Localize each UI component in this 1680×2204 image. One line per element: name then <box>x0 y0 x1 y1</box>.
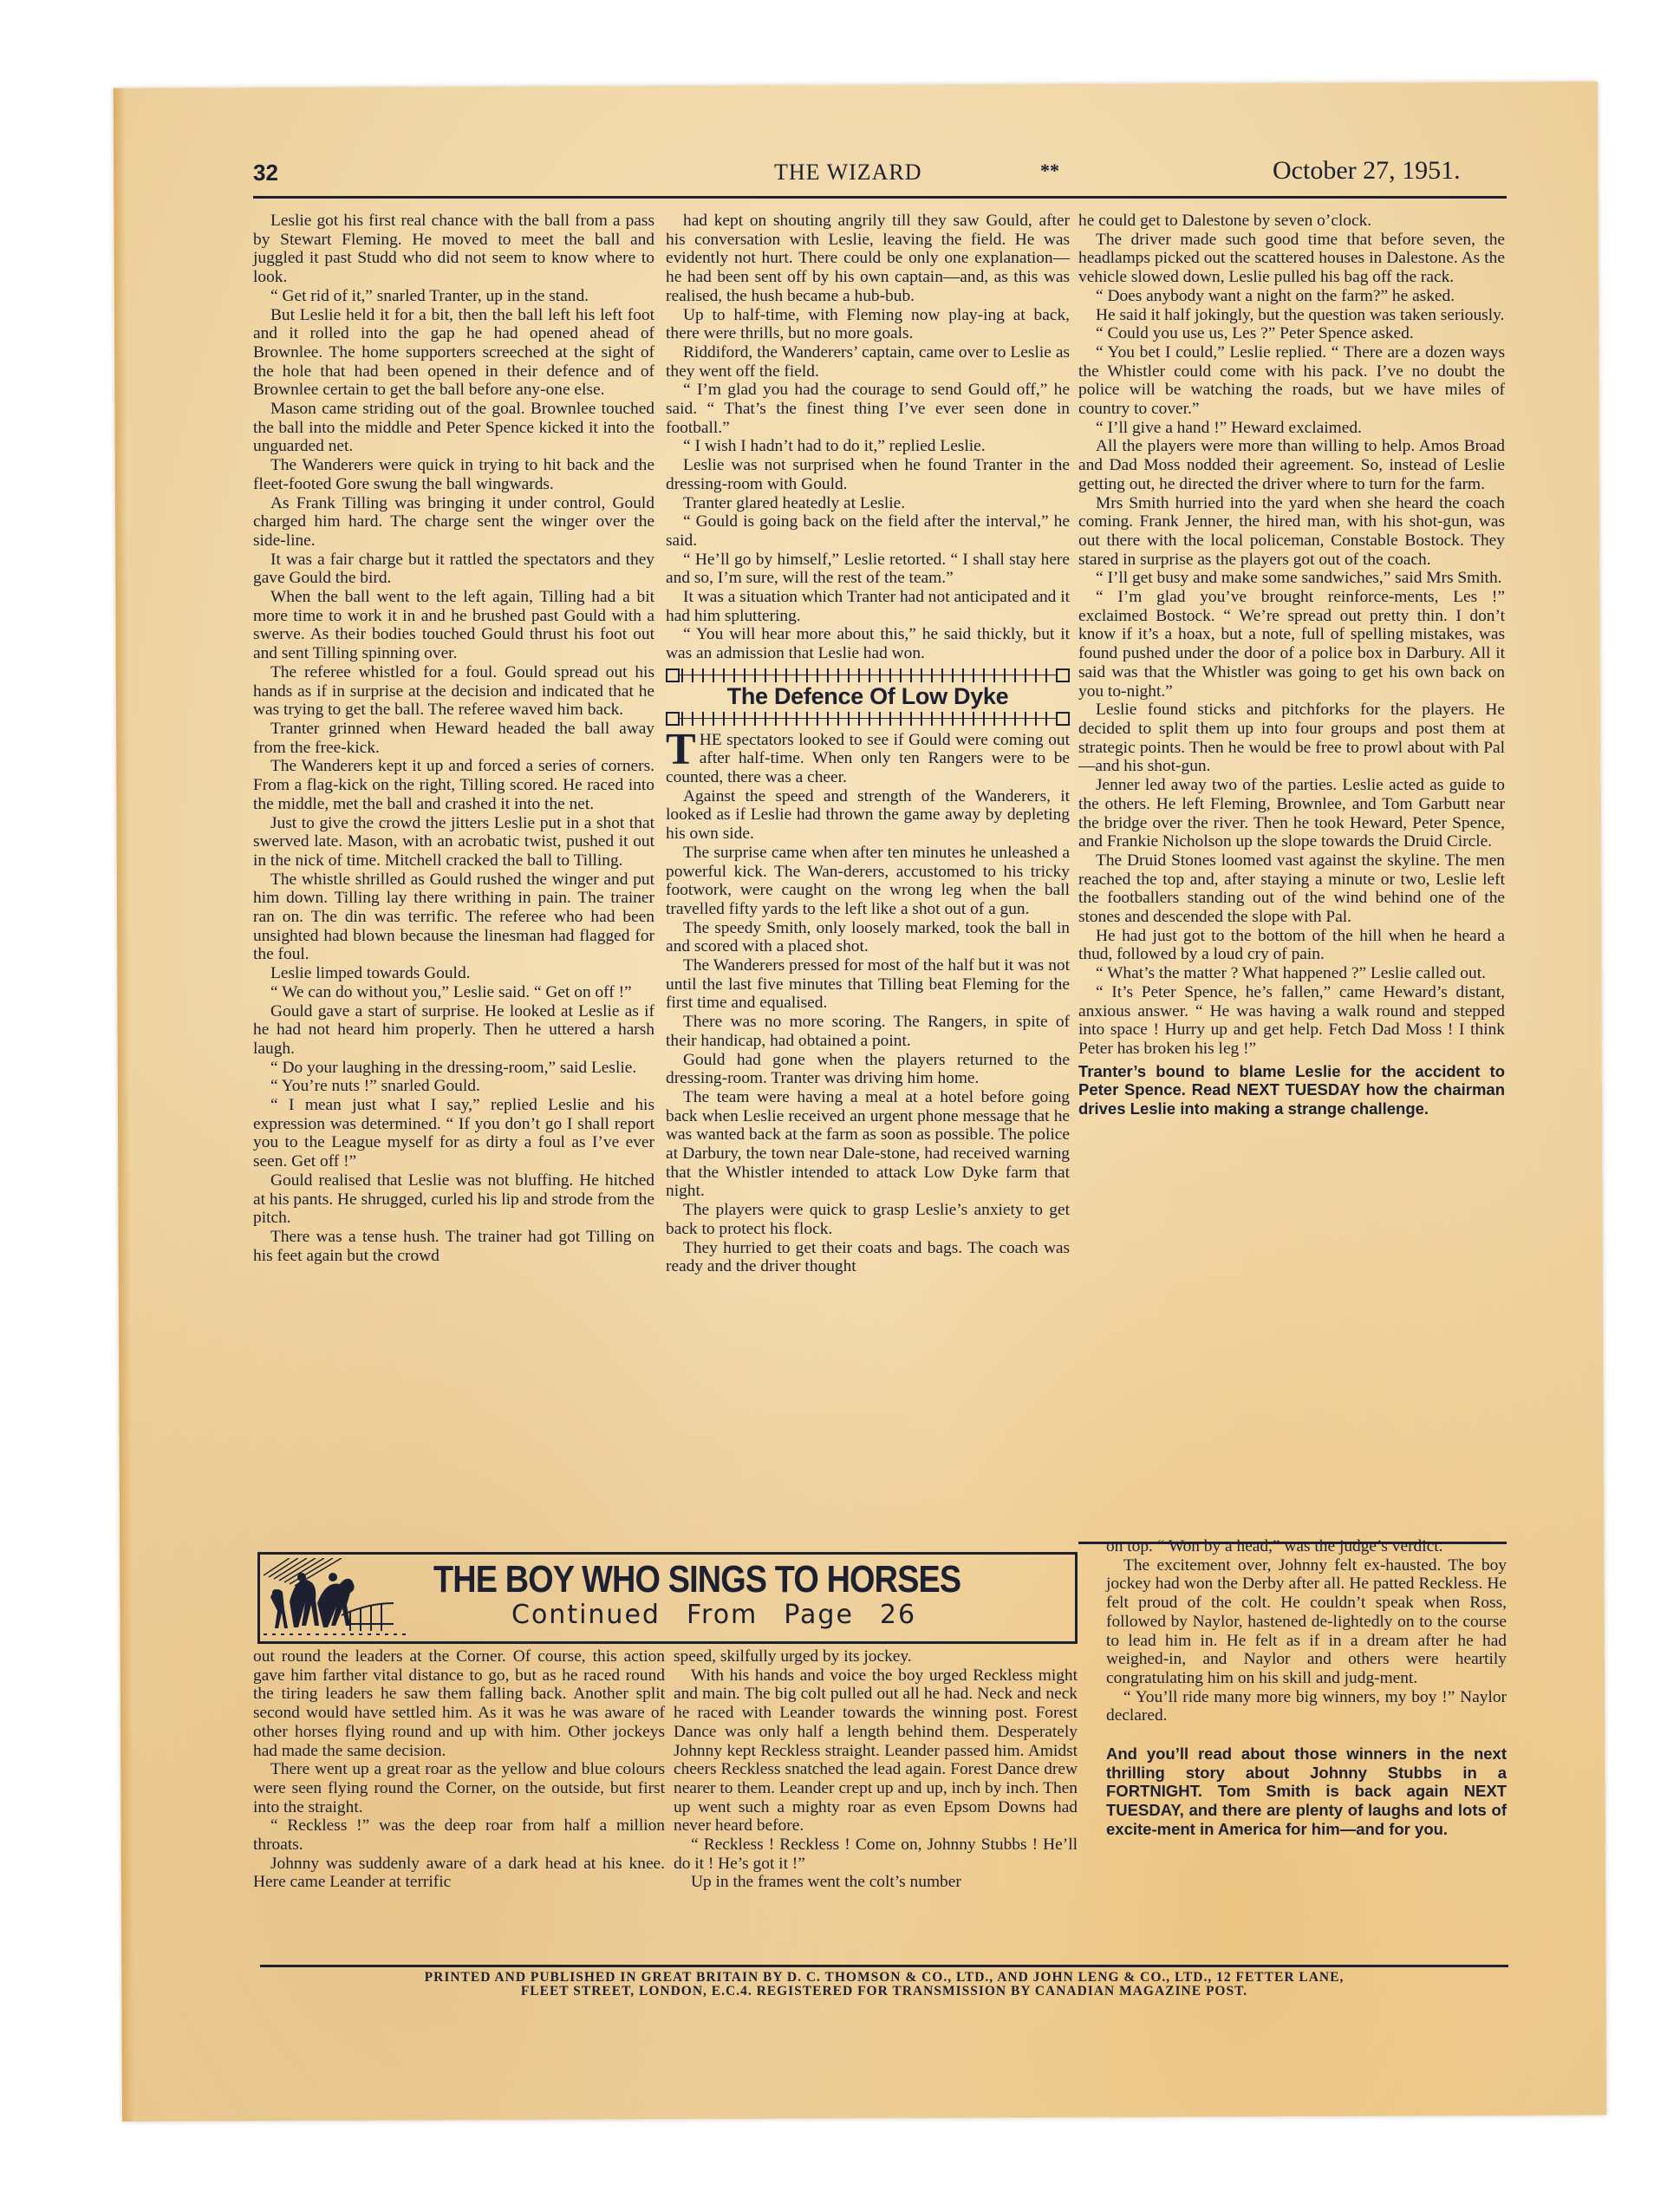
star-ornament-icon: ** <box>1040 160 1059 182</box>
paragraph: But Leslie held it for a bit, then the b… <box>253 306 654 401</box>
imprint-line-2: FLEET STREET, LONDON, E.C.4. REGISTERED … <box>260 1985 1508 1999</box>
paragraph: Mason came striding out of the goal. Bro… <box>253 400 654 456</box>
paragraph: “ Does anybody want a night on the farm?… <box>1078 287 1505 306</box>
paragraph: The players were quick to grasp Leslie’s… <box>666 1201 1070 1238</box>
column3-paragraphs: The driver made such good time that befo… <box>1078 231 1505 1059</box>
paragraph: on top. “ Won by a head,” was the judge’… <box>1106 1537 1507 1556</box>
paragraph: He said it half jokingly, but the questi… <box>1078 306 1505 325</box>
column2-before-title: had kept on shouting angrily till they s… <box>666 212 1070 663</box>
imprint-line-1: PRINTED AND PUBLISHED IN GREAT BRITAIN B… <box>260 1971 1508 1985</box>
paragraph: “ Reckless !” was the deep roar from hal… <box>253 1816 665 1854</box>
paragraph: It was a situation which Tranter had not… <box>666 588 1070 625</box>
issue-date: October 27, 1951. <box>1273 156 1461 186</box>
paragraph: Gould had gone when the players returned… <box>666 1051 1070 1088</box>
story1-column-3: he could get to Dalestone by seven o’clo… <box>1078 212 1505 1118</box>
paragraph: Leslie was not surprised when he found T… <box>666 456 1070 493</box>
paragraph: With his hands and voice the boy urged R… <box>674 1666 1078 1836</box>
paragraph: There was a tense hush. The trainer had … <box>253 1228 654 1265</box>
header-rule <box>253 196 1507 199</box>
paragraph: Just to give the crowd the jitters Lesli… <box>253 814 654 871</box>
paragraph: “ Do your laughing in the dressing-room,… <box>253 1059 654 1078</box>
paragraph: Up to half-time, with Fleming now play-i… <box>666 306 1070 343</box>
paragraph: “ You’re nuts !” snarled Gould. <box>253 1077 654 1096</box>
story1-next-week-teaser: Tranter’s bound to blame Leslie for the … <box>1078 1062 1505 1118</box>
paragraph: “ You bet I could,” Leslie replied. “ Th… <box>1078 343 1505 419</box>
paragraph: The driver made such good time that befo… <box>1078 231 1505 287</box>
footer-rule <box>260 1965 1508 1967</box>
paragraph: “ I wish I hadn’t had to do it,” replied… <box>666 437 1070 456</box>
story2-next-story-teaser: And you’ll read about those winners in t… <box>1106 1744 1507 1839</box>
paragraph: “ We can do without you,” Leslie said. “… <box>253 983 654 1002</box>
paragraph: Jenner led away two of the parties. Lesl… <box>1078 776 1505 851</box>
paragraph: Up in the frames went the colt’s number <box>674 1873 1078 1892</box>
paragraph: “ I’m glad you’ve brought reinforce-ment… <box>1078 588 1505 701</box>
paragraph: “ I’m glad you had the courage to send G… <box>666 381 1070 437</box>
paragraph: “ Reckless ! Reckless ! Come on, Johnny … <box>674 1836 1078 1873</box>
paragraph: The whistle shrilled as Gould rushed the… <box>253 871 654 965</box>
paragraph: out round the leaders at the Corner. Of … <box>253 1647 665 1760</box>
racehorses-icon <box>264 1558 428 1638</box>
paragraph: The speedy Smith, only loosely marked, t… <box>666 919 1070 956</box>
paragraph: Tranter glared heatedly at Leslie. <box>666 494 1070 513</box>
imprint-footer: PRINTED AND PUBLISHED IN GREAT BRITAIN B… <box>260 1971 1508 1999</box>
continued-story-banner: THE BOY WHO SINGS TO HORSES ContinuedFro… <box>257 1552 1078 1644</box>
paragraph: He had just got to the bottom of the hil… <box>1078 927 1505 964</box>
banner-subtitle: ContinuedFromPage26 <box>511 1600 942 1630</box>
story1-column-2: had kept on shouting angrily till they s… <box>666 212 1070 1276</box>
story-title: The Defence Of Low Dyke <box>666 688 1070 707</box>
paragraph: “ Gould is going back on the field after… <box>666 512 1070 550</box>
paragraph: The surprise came when after ten minutes… <box>666 844 1070 919</box>
paragraph: speed, skilfully urged by its jockey. <box>674 1647 1078 1666</box>
story1-column-1: Leslie got his first real chance with th… <box>253 212 654 1265</box>
paragraph: When the ball went to the left again, Ti… <box>253 588 654 663</box>
paragraph: There went up a great roar as the yellow… <box>253 1760 665 1816</box>
story2-column-2: speed, skilfully urged by its jockey.Wit… <box>674 1647 1078 1892</box>
paragraph: “ I’ll give a hand !” Heward exclaimed. <box>1078 419 1505 438</box>
paragraph: The Druid Stones loomed vast against the… <box>1078 851 1505 927</box>
column3-continuation: he could get to Dalestone by seven o’clo… <box>1078 212 1505 231</box>
paragraph: They hurried to get their coats and bags… <box>666 1239 1070 1276</box>
story2-column3-paragraphs: on top. “ Won by a head,” was the judge’… <box>1106 1537 1507 1725</box>
paragraph: Mrs Smith hurried into the yard when she… <box>1078 494 1505 570</box>
paragraph: The referee whistled for a foul. Gould s… <box>253 663 654 720</box>
paragraph: Riddiford, the Wanderers’ captain, came … <box>666 343 1070 381</box>
paragraph: As Frank Tilling was bringing it under c… <box>253 494 654 551</box>
page-number: 32 <box>253 160 278 186</box>
paragraph: “ I mean just what I say,” replied Lesli… <box>253 1096 654 1171</box>
paragraph: “ Get rid of it,” snarled Tranter, up in… <box>253 287 654 306</box>
paragraph: Leslie limped towards Gould. <box>253 964 654 983</box>
title-ornament-top-icon <box>666 668 1070 682</box>
paragraph: The team were having a meal at a hotel b… <box>666 1088 1070 1201</box>
paragraph: Against the speed and strength of the Wa… <box>666 787 1070 844</box>
banner-title: THE BOY WHO SINGS TO HORSES <box>433 1558 960 1601</box>
paragraph: Leslie found sticks and pitchforks for t… <box>1078 701 1505 776</box>
paragraph: Leslie got his first real chance with th… <box>253 212 654 287</box>
paragraph: The Wanderers were quick in trying to hi… <box>253 456 654 493</box>
paragraph: There was no more scoring. The Rangers, … <box>666 1013 1070 1050</box>
column2-after-title: Against the speed and strength of the Wa… <box>666 787 1070 1276</box>
paragraph: All the players were more than willing t… <box>1078 437 1505 493</box>
story2-column-3: on top. “ Won by a head,” was the judge’… <box>1106 1537 1507 1839</box>
opening-paragraph: THE spectators looked to see if Gould we… <box>666 731 1070 787</box>
story2-column-1: out round the leaders at the Corner. Of … <box>253 1647 665 1892</box>
paragraph: Johnny was suddenly aware of a dark head… <box>253 1855 665 1892</box>
paragraph: “ It’s Peter Spence, he’s fallen,” came … <box>1078 983 1505 1059</box>
paragraph: The Wanderers kept it up and forced a se… <box>253 757 654 813</box>
paragraph: “ Could you use us, Les ?” Peter Spence … <box>1078 324 1505 343</box>
paragraph: Gould gave a start of surprise. He looke… <box>253 1002 654 1059</box>
paragraph: The Wanderers pressed for most of the ha… <box>666 956 1070 1013</box>
paragraph: Tranter grinned when Heward headed the b… <box>253 720 654 757</box>
paragraph: “ He’ll go by himself,” Leslie retorted.… <box>666 551 1070 588</box>
title-ornament-bottom-icon <box>666 712 1070 726</box>
paragraph: The excitement over, Johnny felt ex-haus… <box>1106 1556 1507 1688</box>
paragraph: “ I’ll get busy and make some sandwiches… <box>1078 569 1505 588</box>
paragraph: “ You’ll ride many more big winners, my … <box>1106 1688 1507 1725</box>
paragraph: “ You will hear more about this,” he sai… <box>666 625 1070 662</box>
drop-cap: T <box>666 733 696 767</box>
paragraph: had kept on shouting angrily till they s… <box>666 212 1070 306</box>
publication-title: THE WIZARD <box>774 160 922 186</box>
paragraph: Gould realised that Leslie was not bluff… <box>253 1171 654 1228</box>
paragraph: It was a fair charge but it rattled the … <box>253 551 654 588</box>
paragraph: “ What’s the matter ? What happened ?” L… <box>1078 964 1505 983</box>
